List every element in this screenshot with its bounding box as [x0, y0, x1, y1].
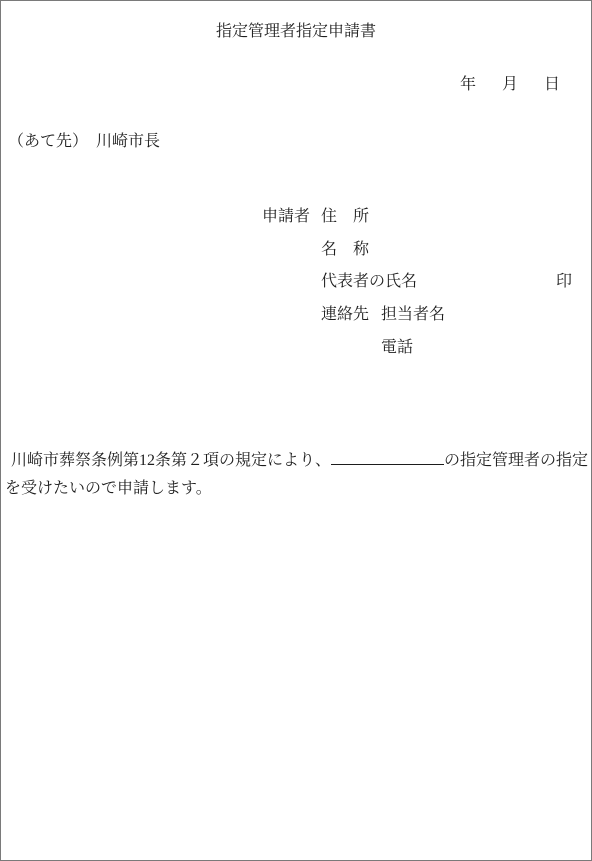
body-text-after-blank: の指定管理者の指定 — [444, 452, 588, 469]
name-field-label: 名 称 — [321, 240, 369, 259]
applicant-label: 申請者 — [262, 207, 310, 226]
contact-person-field-label: 担当者名 — [381, 305, 445, 324]
date-line: 年 月 日 — [1, 75, 591, 94]
addressee-line: （あて先） 川崎市長 — [8, 132, 160, 151]
body-paragraph-line-1: 川崎市葬祭条例第12条第２項の規定により、の指定管理者の指定 — [5, 451, 588, 470]
form-title: 指定管理者指定申請書 — [1, 22, 591, 41]
body-paragraph-line-2: を受けたいので申請します。 — [5, 479, 212, 498]
date-month-label: 月 — [502, 75, 518, 94]
fill-in-blank — [331, 464, 444, 465]
contact-field-label: 連絡先 — [321, 305, 369, 324]
body-text-before-blank: 川崎市葬祭条例第12条第２項の規定により、 — [5, 452, 331, 469]
representative-name-field-label: 代表者の氏名 — [321, 272, 417, 291]
phone-field-label: 電話 — [381, 338, 413, 357]
seal-mark: 印 — [556, 272, 572, 291]
address-field-label: 住 所 — [321, 207, 369, 226]
application-form-page: 指定管理者指定申請書 年 月 日 （あて先） 川崎市長 申請者 住 所 名 称 … — [0, 0, 592, 861]
date-day-label: 日 — [544, 75, 560, 94]
date-year-label: 年 — [460, 75, 476, 94]
